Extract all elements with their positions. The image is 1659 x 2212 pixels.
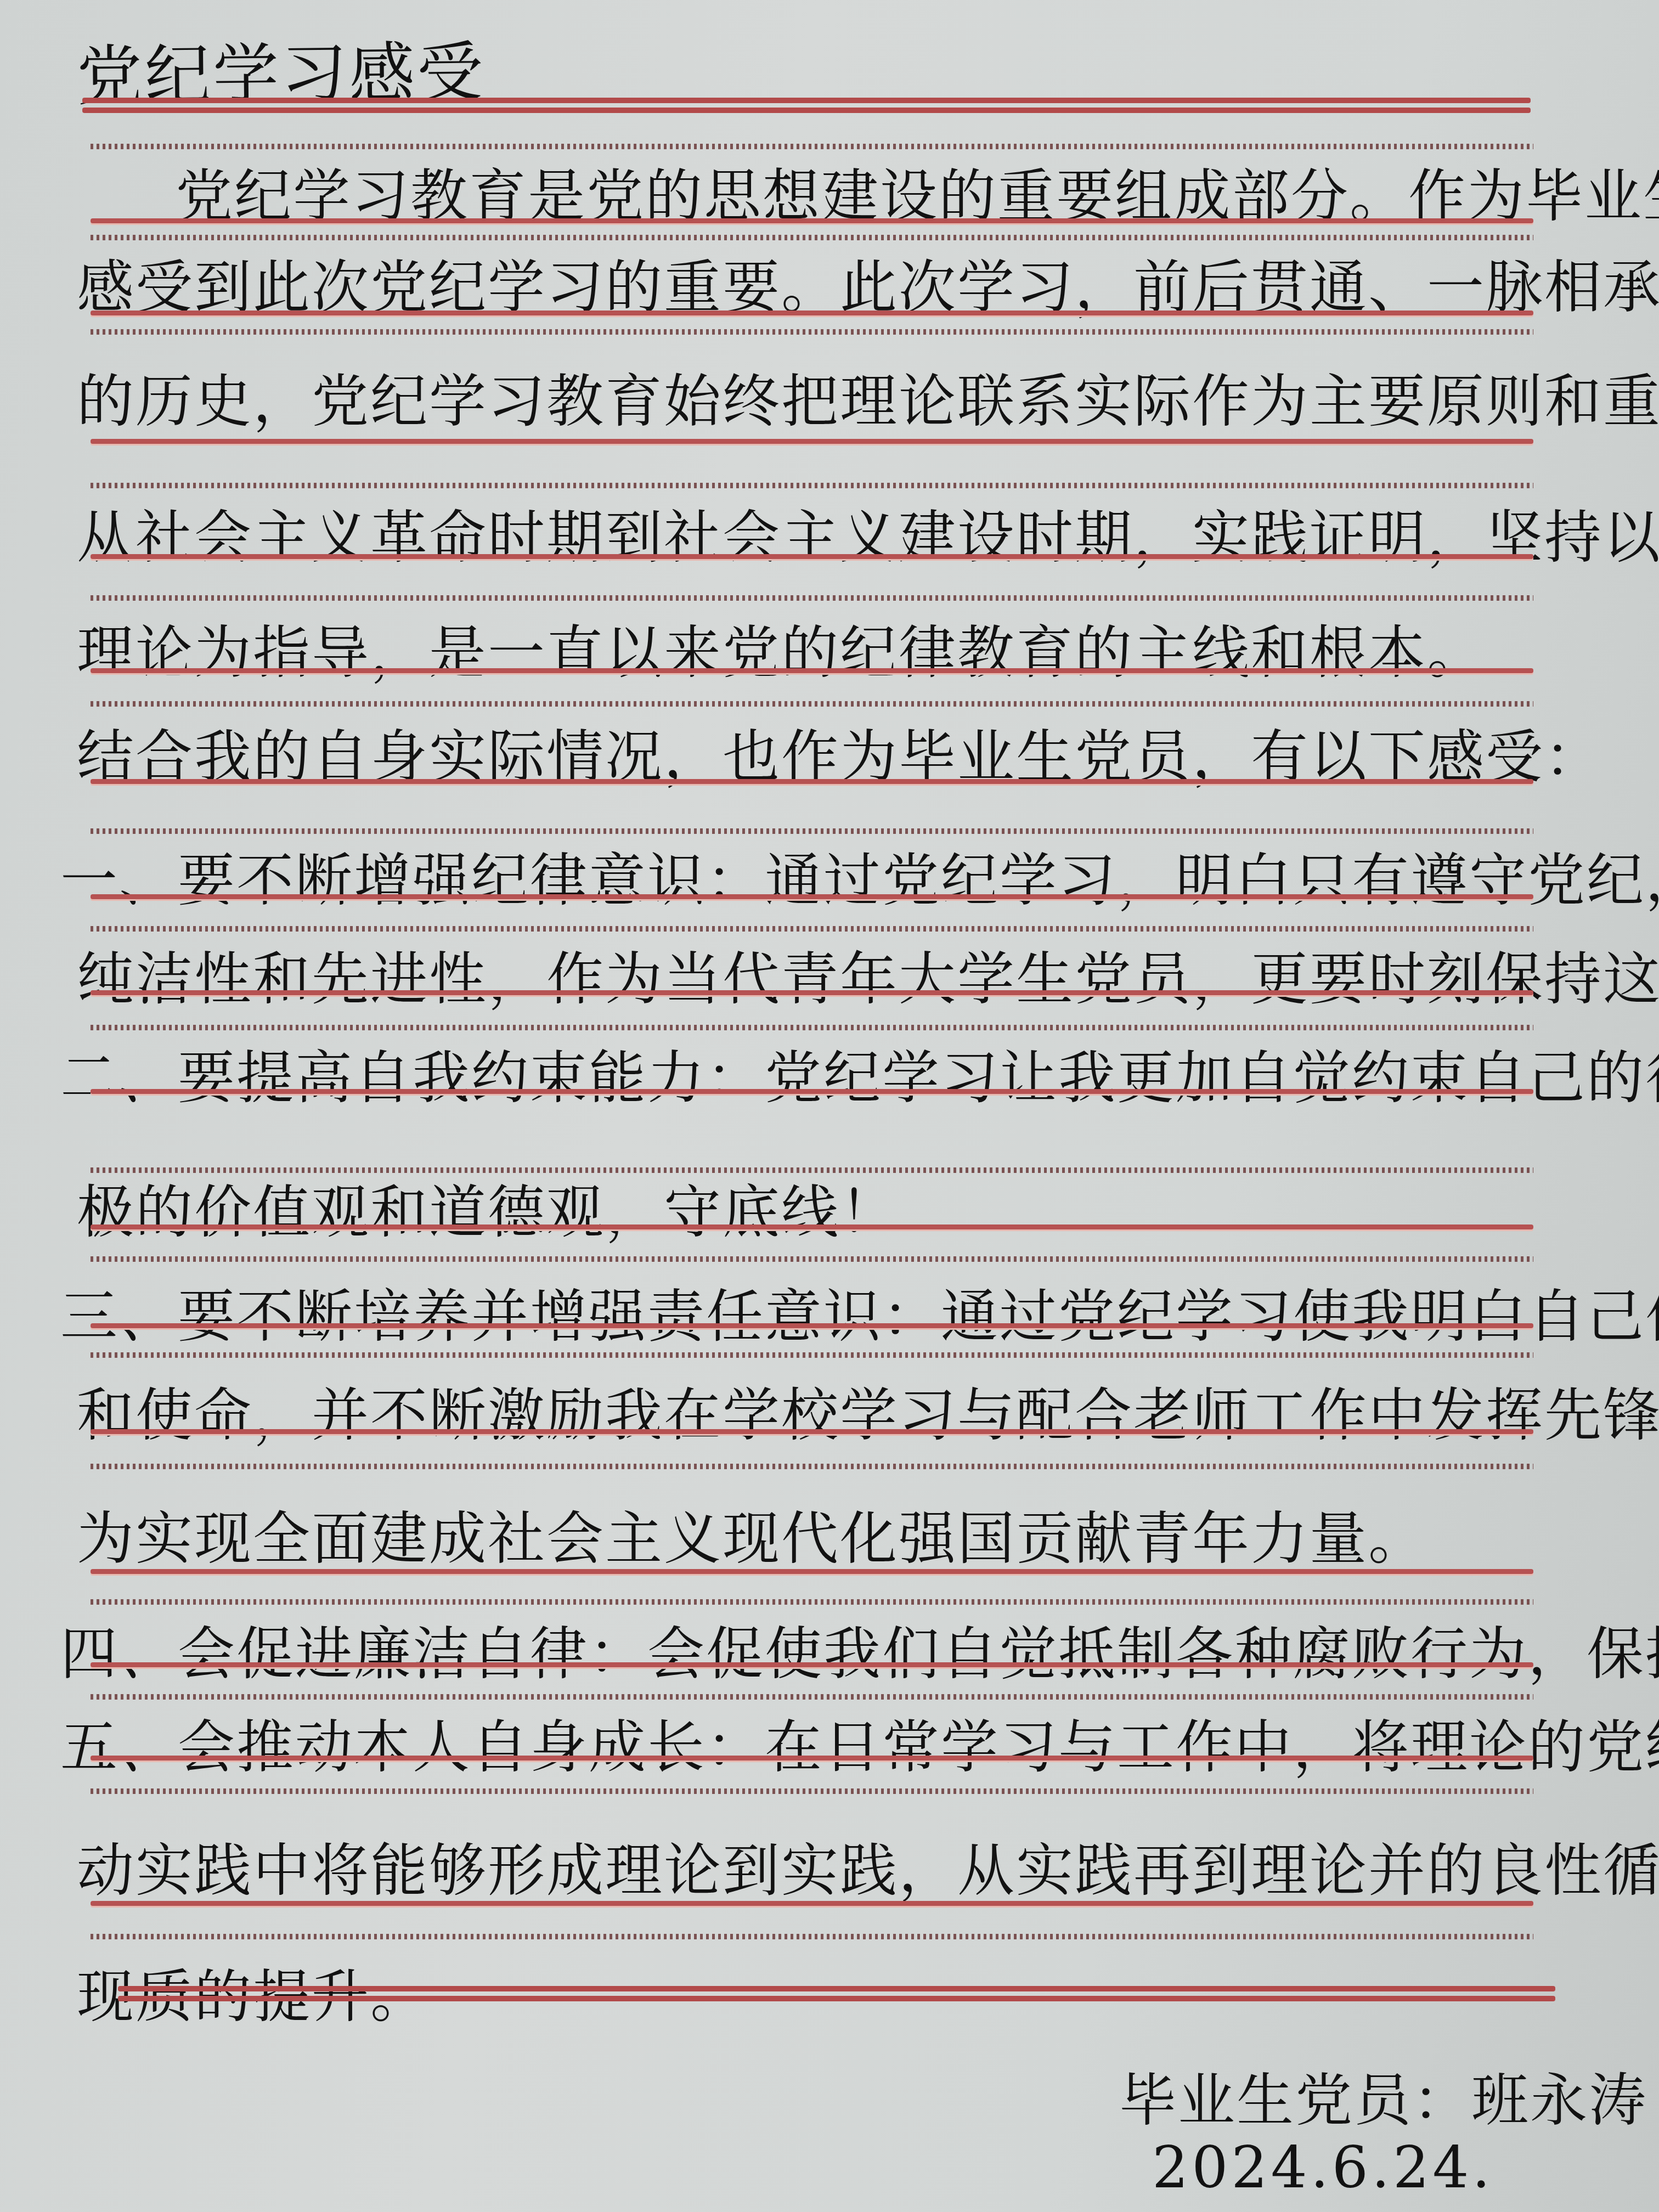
- baseline-rule: [91, 894, 1533, 899]
- text-line: 动实践中将能够形成理论到实践，从实践再到理论并的良性循环，实: [77, 1838, 1591, 1904]
- dotted-guide-line: [91, 1025, 1533, 1030]
- title-double-rule: [82, 98, 1531, 114]
- text-line: 四、会促进廉洁自律：会促使我们自觉抵制各种腐败行为，保持模范清正廉洁。: [60, 1621, 1575, 1687]
- dotted-guide-line: [91, 701, 1533, 707]
- signature-date: 2024.6.24.: [1152, 2134, 1493, 2201]
- signature: 毕业生党员：班永涛: [1119, 2055, 1647, 2137]
- dotted-guide-line: [91, 1694, 1533, 1700]
- text-line: 纯洁性和先进性，作为当代青年大学生党员，更要时刻保持这种意识，挺膺担当。: [77, 946, 1591, 1012]
- baseline-rule: [91, 1662, 1533, 1667]
- dotted-guide-line: [91, 926, 1533, 932]
- baseline-rule: [91, 554, 1533, 559]
- baseline-rule: [91, 1901, 1533, 1906]
- dotted-guide-line: [91, 1256, 1533, 1262]
- closing-double-rule: [118, 1986, 1555, 2002]
- notebook-paper: 党纪学习感受 党纪学习教育是党的思想建设的重要组成部分。作为毕业生党员，深刻 感…: [0, 0, 1659, 2212]
- baseline-rule: [91, 668, 1533, 673]
- text-line: 为实现全面建成社会主义现代化强国贡献青年力量。: [77, 1506, 1591, 1572]
- baseline-rule: [91, 439, 1533, 444]
- baseline-rule: [91, 1224, 1533, 1229]
- baseline-rule: [91, 1569, 1533, 1574]
- baseline-rule: [91, 990, 1533, 995]
- baseline-rule: [91, 218, 1533, 223]
- text-line: 和使命，并不断激励我在学校学习与配合老师工作中发挥先锋模范的作用，: [77, 1383, 1591, 1448]
- dotted-guide-line: [91, 1934, 1533, 1939]
- text-line: 的历史，党纪学习教育始终把理论联系实际作为主要原则和重要经验，: [77, 369, 1591, 435]
- dotted-guide-line: [91, 1599, 1533, 1605]
- dotted-guide-line: [91, 144, 1533, 149]
- text-line: 极的价值观和道德观，守底线！: [77, 1180, 1591, 1245]
- text-line: 一、要不断增强纪律意识：通过党纪学习，明白只有遵守党纪，才能保持党的: [60, 848, 1575, 913]
- dotted-guide-line: [91, 828, 1533, 834]
- dotted-guide-line: [91, 1788, 1533, 1794]
- dotted-guide-line: [91, 1464, 1533, 1469]
- text-line: 从社会主义革命时期到社会主义建设时期，实践证明，坚持以党的创新: [77, 505, 1591, 571]
- text-line: 理论为指导，是一直以来党的纪律教育的主线和根本。: [77, 620, 1591, 686]
- dotted-guide-line: [91, 595, 1533, 601]
- dotted-guide-line: [91, 329, 1533, 335]
- baseline-rule: [91, 1323, 1533, 1328]
- baseline-rule: [91, 779, 1533, 784]
- dotted-guide-line: [91, 483, 1533, 488]
- dotted-guide-line: [91, 235, 1533, 240]
- baseline-rule: [91, 1429, 1533, 1434]
- dotted-guide-line: [91, 1167, 1533, 1173]
- text-line: 三、要不断培养并增强责任意识：通过党纪学习使我明白自己作为党员的责任: [60, 1284, 1575, 1350]
- baseline-rule: [91, 311, 1533, 315]
- text-line: 五、会推动本人自身成长：在日常学习与工作中，将理论的党纪学习贯彻至日常行为: [60, 1714, 1575, 1780]
- text-line: 二、要提高自我约束能力：党纪学习让我更加自觉约束自己的行为，树立正确积、: [60, 1045, 1575, 1111]
- baseline-rule: [91, 1089, 1533, 1094]
- dotted-guide-line: [91, 1352, 1533, 1358]
- baseline-rule: [91, 1756, 1533, 1760]
